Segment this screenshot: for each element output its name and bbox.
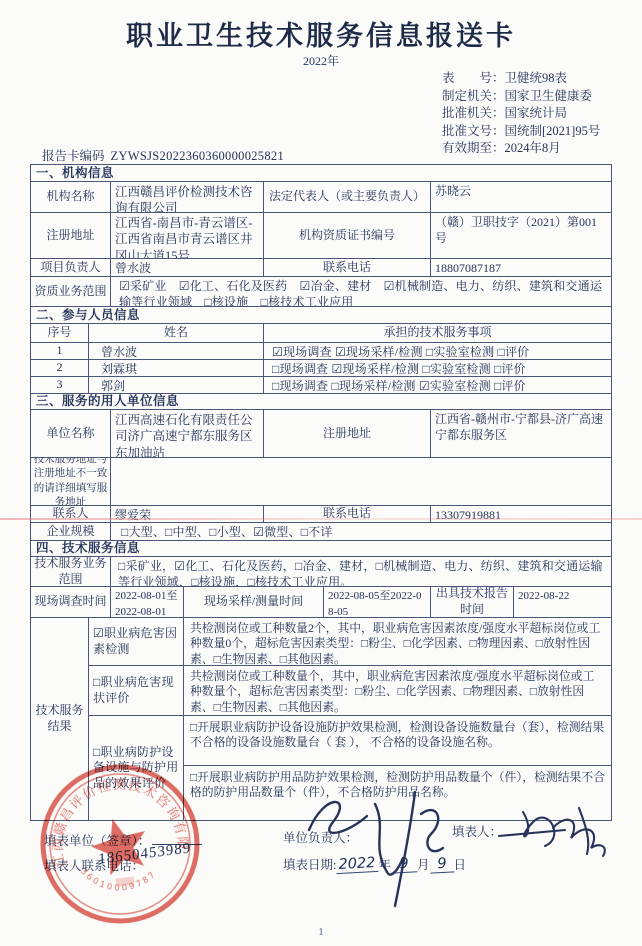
alt-address-value bbox=[111, 458, 611, 505]
cert-number-label: 机构资质证书编号 bbox=[264, 213, 431, 258]
participant-name: 曾水波 bbox=[89, 343, 264, 359]
participant-row: 2 刘霖琪 □现场调查 ☑现场采样/检测 □实验室检测 □评价 bbox=[31, 360, 611, 377]
org-scope-label: 资质业务范围 bbox=[31, 277, 111, 306]
employer-name-label: 单位名称 bbox=[31, 410, 111, 457]
participant-services: □现场调查 □现场采样/检测 ☑实验室检测 □评价 bbox=[264, 377, 611, 393]
legal-rep-label: 法定代表人（或主要负责人） bbox=[264, 182, 431, 212]
unit-head-label: 单位负责人： bbox=[283, 828, 358, 846]
meta-value: 国统制[2021]95号 bbox=[505, 123, 601, 141]
participant-name: 郭剑 bbox=[89, 377, 264, 393]
participant-services: □现场调查 ☑现场采样/检测 □实验室检测 □评价 bbox=[264, 360, 611, 376]
seal-smudge bbox=[116, 877, 135, 887]
fill-date-label: 填表日期: bbox=[283, 855, 336, 873]
form-meta-block: 表 号： 卫健统98表 制定机关： 国家卫生健康委 批准机关： 国家统计局 批准… bbox=[442, 70, 600, 158]
org-phone-label: 联系电话 bbox=[264, 259, 431, 276]
meta-label: 有效期至： bbox=[442, 140, 505, 158]
result-item-checkbox: ☑职业病危害因素检测 bbox=[89, 618, 184, 665]
org-address-label: 注册地址 bbox=[31, 213, 111, 258]
employer-address-value: 江西省-赣州市-宁都县-济广高速宁都东服务区 bbox=[431, 410, 611, 457]
org-phone-value: 18807087187 bbox=[431, 259, 611, 276]
meta-value: 国家统计局 bbox=[505, 105, 568, 123]
report-code-line: 报告卡编码ZYWSJS2022360360000025821 bbox=[42, 146, 284, 164]
fill-date-month-suffix: 月 bbox=[417, 855, 430, 873]
col-header-no: 序号 bbox=[31, 324, 89, 342]
result-item-checkbox: □职业病危害现状评价 bbox=[89, 666, 184, 715]
meta-value: 卫健统98表 bbox=[505, 70, 568, 88]
meta-label: 批准文号： bbox=[442, 123, 505, 141]
scan-artifact-line bbox=[0, 518, 642, 520]
scanned-report-card: 职业卫生技术服务信息报送卡 2022年 表 号： 卫健统98表 制定机关： 国家… bbox=[0, 0, 642, 946]
meta-form-number: 表 号： 卫健统98表 bbox=[442, 70, 600, 88]
project-manager-value: 曾水波 bbox=[111, 259, 264, 276]
result-item-checkbox: □职业病防护设备设施与防护用品的效果评价 bbox=[89, 716, 184, 820]
participant-name: 刘霖琪 bbox=[89, 360, 264, 376]
result-row-evaluation: □职业病危害现状评价 共检测岗位或工种数量个，其中，职业病危害因素浓度/强度水平… bbox=[89, 666, 611, 716]
section2-title: 二、参与人员信息 bbox=[31, 307, 611, 323]
meta-value: 2024年8月 bbox=[505, 140, 561, 158]
report-time-label: 出具技术报告时间 bbox=[431, 587, 514, 617]
employer-address-label: 注册地址 bbox=[264, 410, 431, 457]
service-scope-label: 技术服务业务范围 bbox=[31, 557, 111, 586]
employer-name-value: 江西高速石化有限责任公司济广高速宁都东服务区东加油站 bbox=[111, 410, 264, 457]
meta-label: 制定机关： bbox=[442, 88, 505, 106]
org-name-value: 江西赣昌评价检测技术咨询有限公司 bbox=[111, 182, 264, 212]
service-scope-checkboxes: □采矿业，☑化工、石化及医药，□冶金、建材，□机械制造、电力、纺织、建筑和交通运… bbox=[111, 557, 611, 586]
page-number: 1 bbox=[0, 926, 642, 938]
org-name-label: 机构名称 bbox=[31, 182, 111, 212]
meta-approval-number: 批准文号： 国统制[2021]95号 bbox=[442, 123, 600, 141]
org-address-value: 江西省-南昌市-青云谱区-江西省南昌市青云谱区井冈山大道15号 bbox=[111, 213, 264, 258]
project-manager-label: 项目负责人 bbox=[31, 259, 111, 276]
participant-no: 3 bbox=[31, 377, 89, 393]
meta-value: 国家卫生健康委 bbox=[505, 88, 593, 106]
survey-time-label: 现场调查时间 bbox=[31, 587, 111, 617]
fill-date-day: 9 bbox=[429, 855, 454, 873]
participant-row: 1 曾水波 ☑现场调查 ☑现场采样/检测 □实验室检测 □评价 bbox=[31, 343, 611, 360]
fill-date-year-suffix: 年 bbox=[378, 855, 391, 873]
participant-no: 2 bbox=[31, 360, 89, 376]
legal-rep-value: 苏晓云 bbox=[431, 182, 611, 212]
meta-issuing-agency: 制定机关： 国家卫生健康委 bbox=[442, 88, 600, 106]
col-header-name: 姓名 bbox=[89, 324, 264, 342]
participant-services: ☑现场调查 ☑现场采样/检测 □实验室检测 □评价 bbox=[264, 343, 611, 359]
filler-label: 填表人： bbox=[452, 822, 502, 840]
meta-approving-agency: 批准机关： 国家统计局 bbox=[442, 105, 600, 123]
section1-title: 一、机构信息 bbox=[31, 165, 611, 181]
participant-row: 3 郭剑 □现场调查 □现场采样/检测 ☑实验室检测 □评价 bbox=[31, 377, 611, 394]
report-code-label: 报告卡编码 bbox=[42, 149, 105, 163]
org-scope-checkboxes: ☑采矿业 ☑化工、石化及医药 ☑冶金、建材 ☑机械制造、电力、纺织、建筑和交通运… bbox=[111, 277, 611, 306]
service-result-label: 技术服务结果 bbox=[31, 618, 89, 820]
report-table: 一、机构信息 机构名称 江西赣昌评价检测技术咨询有限公司 法定代表人（或主要负责… bbox=[30, 164, 612, 821]
col-header-services: 承担的技术服务事项 bbox=[264, 324, 611, 342]
section4-title: 四、技术服务信息 bbox=[31, 541, 611, 556]
company-size-checkboxes: □大型、□中型、□小型、☑微型、□不详 bbox=[111, 523, 611, 540]
section3-title: 三、服务的用人单位信息 bbox=[31, 394, 611, 409]
sampling-time-label: 现场采样/测量时间 bbox=[184, 587, 324, 617]
result-protection-ppe-detail: □开展职业病防护用品防护效果检测，检测防护用品数量个（件），检测结果不合格的防护… bbox=[184, 766, 611, 819]
alt-address-label: 技术服务地址与注册地址不一致的请详细填写服务地址 bbox=[31, 458, 111, 505]
result-item-detail: 共检测岗位或工种数量2个，其中，职业病危害因素浓度/强度水平超标岗位或工种数量0… bbox=[184, 618, 611, 665]
report-year: 2022年 bbox=[0, 52, 642, 69]
result-item-detail: 共检测岗位或工种数量个，其中，职业病危害因素浓度/强度水平超标岗位或工种数量个，… bbox=[184, 666, 611, 715]
report-time-value: 2022-08-22 bbox=[514, 587, 611, 617]
sampling-time-value: 2022-08-05至2022-08-05 bbox=[324, 587, 431, 617]
company-size-label: 企业规模 bbox=[31, 523, 111, 540]
result-row-protection: □职业病防护设备设施与防护用品的效果评价 □开展职业病防护设备设施防护效果检测，… bbox=[89, 716, 611, 820]
participant-no: 1 bbox=[31, 343, 89, 359]
survey-time-value: 2022-08-01至2022-08-01 bbox=[111, 587, 184, 617]
fill-date-line: 填表日期: 2022 年 9 月 9 日 bbox=[283, 855, 466, 873]
page-title: 职业卫生技术服务信息报送卡 bbox=[0, 14, 642, 53]
fill-date-month: 9 bbox=[391, 855, 418, 873]
report-code-value: ZYWSJS2022360360000025821 bbox=[111, 149, 284, 163]
fill-date-year: 2022 bbox=[336, 855, 379, 874]
fill-date-day-suffix: 日 bbox=[454, 855, 467, 873]
result-protection-equipment-detail: □开展职业病防护设备设施防护效果检测，检测设备设施数量台（套），检测结果不合格的… bbox=[184, 716, 611, 765]
meta-label: 批准机关： bbox=[442, 105, 505, 123]
result-row-detection: ☑职业病危害因素检测 共检测岗位或工种数量2个，其中，职业病危害因素浓度/强度水… bbox=[89, 618, 611, 666]
meta-label: 表 号： bbox=[442, 70, 505, 88]
meta-valid-until: 有效期至： 2024年8月 bbox=[442, 140, 600, 158]
cert-number-value: （赣）卫职技字（2021）第001号 bbox=[431, 213, 611, 258]
